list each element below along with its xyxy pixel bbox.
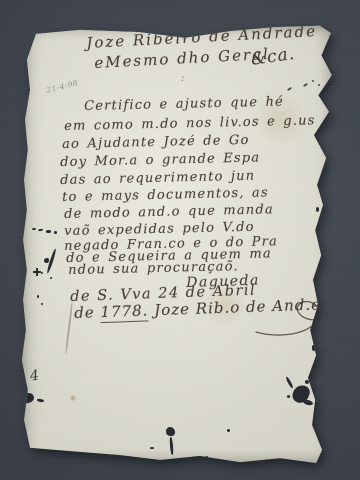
ink-dot xyxy=(50,277,52,279)
ink-blob xyxy=(44,258,49,263)
body-line: Certifico e ajusto que hé xyxy=(84,95,284,113)
body-line: das ao requerimento jun xyxy=(60,170,255,187)
ink-dash xyxy=(150,447,154,449)
ink-dash xyxy=(32,228,36,230)
ink-dot xyxy=(54,231,57,234)
body-line: de modo and.o que manda xyxy=(64,203,274,221)
ink-dot xyxy=(312,80,314,82)
edge-ink-blob xyxy=(21,392,35,404)
photo-background: Joze Ribeiro de Andrade eMesmo dho Geral… xyxy=(0,0,360,480)
pencil-annotation: 21-4-98 xyxy=(45,78,79,95)
ink-squiggle xyxy=(169,437,173,455)
ink-dot xyxy=(227,429,230,432)
ink-dot xyxy=(41,303,43,305)
ink-dash xyxy=(37,398,44,402)
edge-ink-dot xyxy=(316,207,319,212)
ink-dots-mark: : xyxy=(181,74,184,84)
ink-cross-mark xyxy=(36,268,38,276)
ink-dot xyxy=(37,295,39,298)
ink-droplet xyxy=(305,380,309,384)
ink-dash xyxy=(46,230,51,233)
body-line: em como m.do nos liv.os e g.us xyxy=(64,114,316,133)
body-line: doy Mor.a o grande Espa xyxy=(60,151,260,169)
paper-sheet: Joze Ribeiro de Andrade eMesmo dho Geral… xyxy=(20,24,334,472)
body-line: to e mays documentos, as xyxy=(62,186,269,204)
ink-dot xyxy=(41,272,43,274)
ink-tick-mark xyxy=(287,87,292,92)
ink-splatter-tail xyxy=(285,376,294,389)
ink-dot xyxy=(205,456,208,459)
ink-droplet xyxy=(287,395,290,398)
ink-dash xyxy=(38,229,43,232)
year-underlined: 1778. xyxy=(100,301,149,323)
body-line: ao Ajudante Jozé de Go xyxy=(62,134,250,151)
et-cetera-flourish: &ca. xyxy=(250,46,296,69)
ink-tick-mark xyxy=(303,83,308,88)
paper-crease xyxy=(65,302,73,354)
ink-dot xyxy=(318,84,320,86)
signature-flourish xyxy=(252,292,330,340)
year-prefix: de xyxy=(74,303,101,322)
ink-smear xyxy=(303,399,314,406)
folio-mark: 4 xyxy=(29,367,40,384)
ink-blob xyxy=(166,427,175,436)
edge-ink-dot xyxy=(312,345,316,351)
manuscript-page: Joze Ribeiro de Andrade eMesmo dho Geral… xyxy=(20,24,334,472)
header-line-2: eMesmo dho Geral xyxy=(94,47,270,71)
